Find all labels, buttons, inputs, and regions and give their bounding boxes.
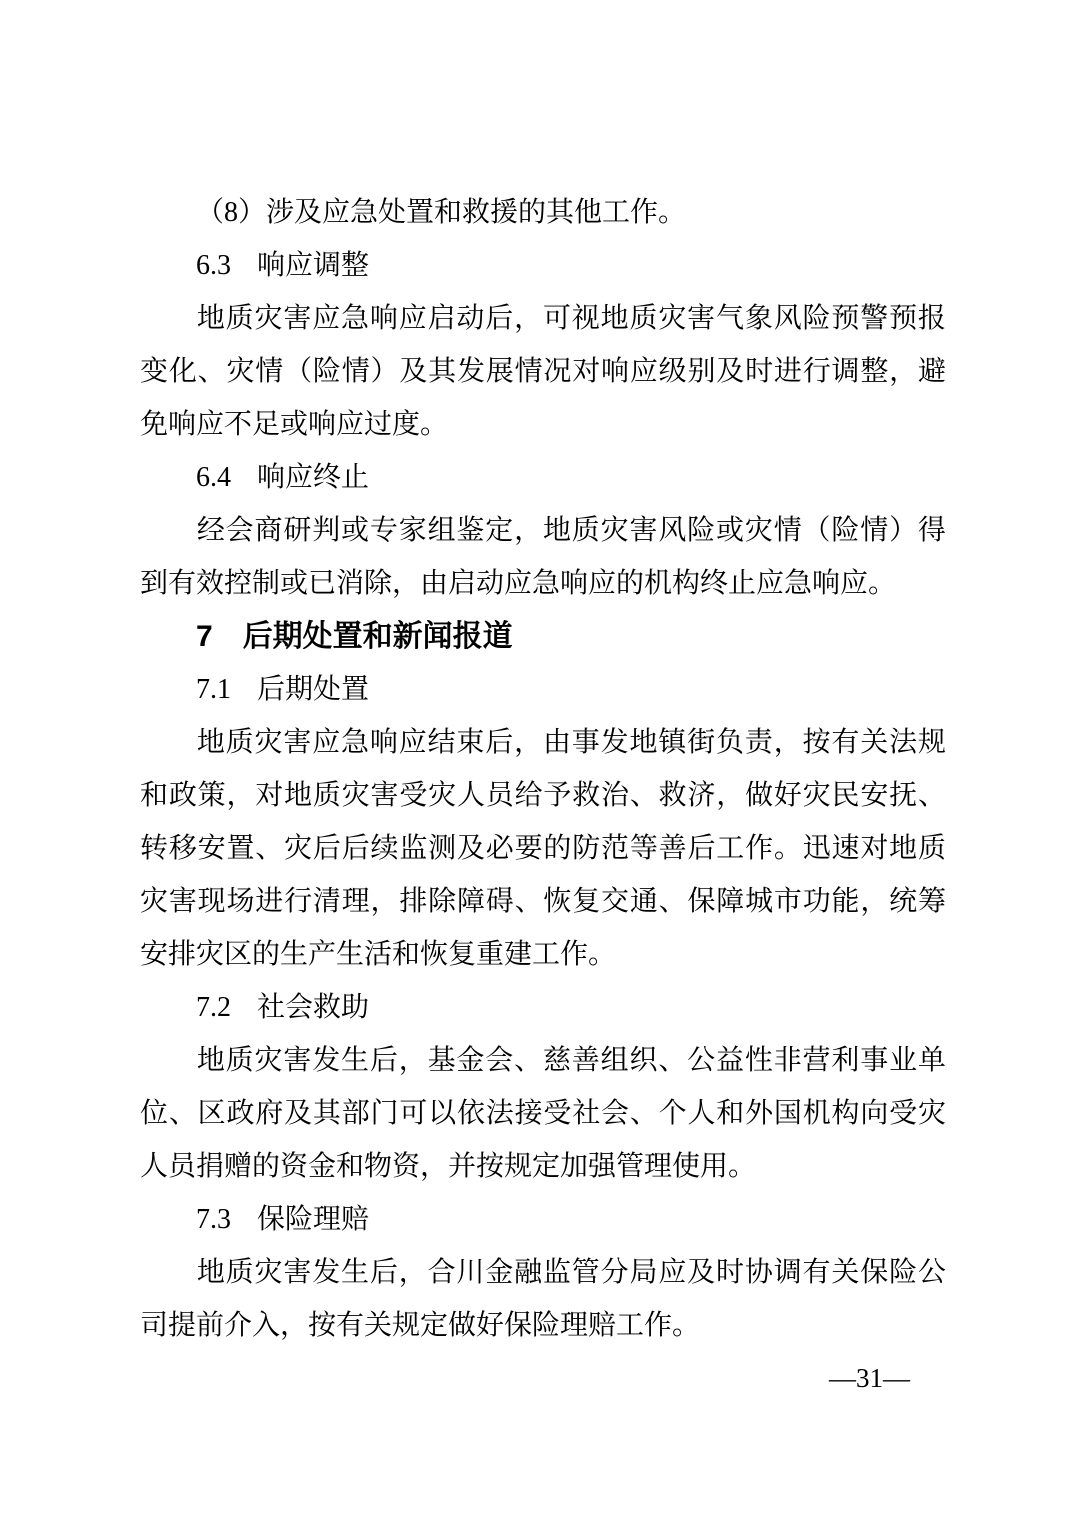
paragraph: 地质灾害发生后，合川金融监管分局应及时协调有关保险公司提前介入，按有关规定做好保… xyxy=(140,1246,946,1352)
paragraph-line: 灾害现场进行清理，排除障碍、恢复交通、保障城市功能，统筹 xyxy=(140,875,946,928)
document-page: （8）涉及应急处置和救援的其他工作。6.3响应调整地质灾害应急响应启动后，可视地… xyxy=(0,0,1074,1520)
heading-number: 6.3 xyxy=(196,250,231,281)
paragraph-line: 位、区政府及其部门可以依法接受社会、个人和外国机构向受灾 xyxy=(140,1087,946,1140)
heading-title: 后期处置 xyxy=(257,674,369,705)
heading-title: 响应调整 xyxy=(257,250,369,281)
paragraph: 经会商研判或专家组鉴定，地质灾害风险或灾情（险情）得到有效控制或已消除，由启动应… xyxy=(140,504,946,610)
paragraph-line: 地质灾害应急响应启动后，可视地质灾害气象风险预警预报 xyxy=(140,292,946,345)
heading-number: 7.2 xyxy=(196,992,231,1023)
heading-number: 7.3 xyxy=(196,1204,231,1235)
paragraph-line: 和政策，对地质灾害受灾人员给予救治、救济，做好灾民安抚、 xyxy=(140,769,946,822)
paragraph-line: 到有效控制或已消除，由启动应急响应的机构终止应急响应。 xyxy=(140,557,946,610)
section-heading-6-3: 6.3响应调整 xyxy=(140,239,946,292)
heading-title: 后期处置和新闻报道 xyxy=(243,620,513,653)
section-heading-7-1: 7.1后期处置 xyxy=(140,663,946,716)
heading-number: 6.4 xyxy=(196,462,231,493)
page-number: —31— xyxy=(829,1352,910,1405)
heading-title: 保险理赔 xyxy=(257,1204,369,1235)
section-heading-6-4: 6.4响应终止 xyxy=(140,451,946,504)
paragraph-line: 经会商研判或专家组鉴定，地质灾害风险或灾情（险情）得 xyxy=(140,504,946,557)
paragraph-line: 地质灾害发生后，基金会、慈善组织、公益性非营利事业单 xyxy=(140,1034,946,1087)
paragraph: （8）涉及应急处置和救援的其他工作。 xyxy=(140,186,946,239)
paragraph-line: 变化、灾情（险情）及其发展情况对响应级别及时进行调整，避 xyxy=(140,345,946,398)
paragraph-line: 司提前介入，按有关规定做好保险理赔工作。 xyxy=(140,1299,946,1352)
document-body: （8）涉及应急处置和救援的其他工作。6.3响应调整地质灾害应急响应启动后，可视地… xyxy=(140,186,946,1352)
paragraph-line: 转移安置、灾后后续监测及必要的防范等善后工作。迅速对地质 xyxy=(140,822,946,875)
section-heading-7-2: 7.2社会救助 xyxy=(140,981,946,1034)
paragraph-line: 安排灾区的生产生活和恢复重建工作。 xyxy=(140,928,946,981)
heading-title: 社会救助 xyxy=(257,992,369,1023)
heading-number: 7 xyxy=(196,620,213,653)
heading-number: 7.1 xyxy=(196,674,231,705)
heading-title: 响应终止 xyxy=(257,462,369,493)
paragraph-line: 免响应不足或响应过度。 xyxy=(140,398,946,451)
paragraph: 地质灾害应急响应启动后，可视地质灾害气象风险预警预报变化、灾情（险情）及其发展情… xyxy=(140,292,946,451)
paragraph: 地质灾害应急响应结束后，由事发地镇街负责，按有关法规和政策，对地质灾害受灾人员给… xyxy=(140,716,946,981)
paragraph-line: （8）涉及应急处置和救援的其他工作。 xyxy=(140,186,946,239)
paragraph-line: 地质灾害应急响应结束后，由事发地镇街负责，按有关法规 xyxy=(140,716,946,769)
section-heading-7-3: 7.3保险理赔 xyxy=(140,1193,946,1246)
chapter-heading-7: 7后期处置和新闻报道 xyxy=(140,610,946,663)
paragraph: 地质灾害发生后，基金会、慈善组织、公益性非营利事业单位、区政府及其部门可以依法接… xyxy=(140,1034,946,1193)
paragraph-line: 人员捐赠的资金和物资，并按规定加强管理使用。 xyxy=(140,1140,946,1193)
paragraph-line: 地质灾害发生后，合川金融监管分局应及时协调有关保险公 xyxy=(140,1246,946,1299)
